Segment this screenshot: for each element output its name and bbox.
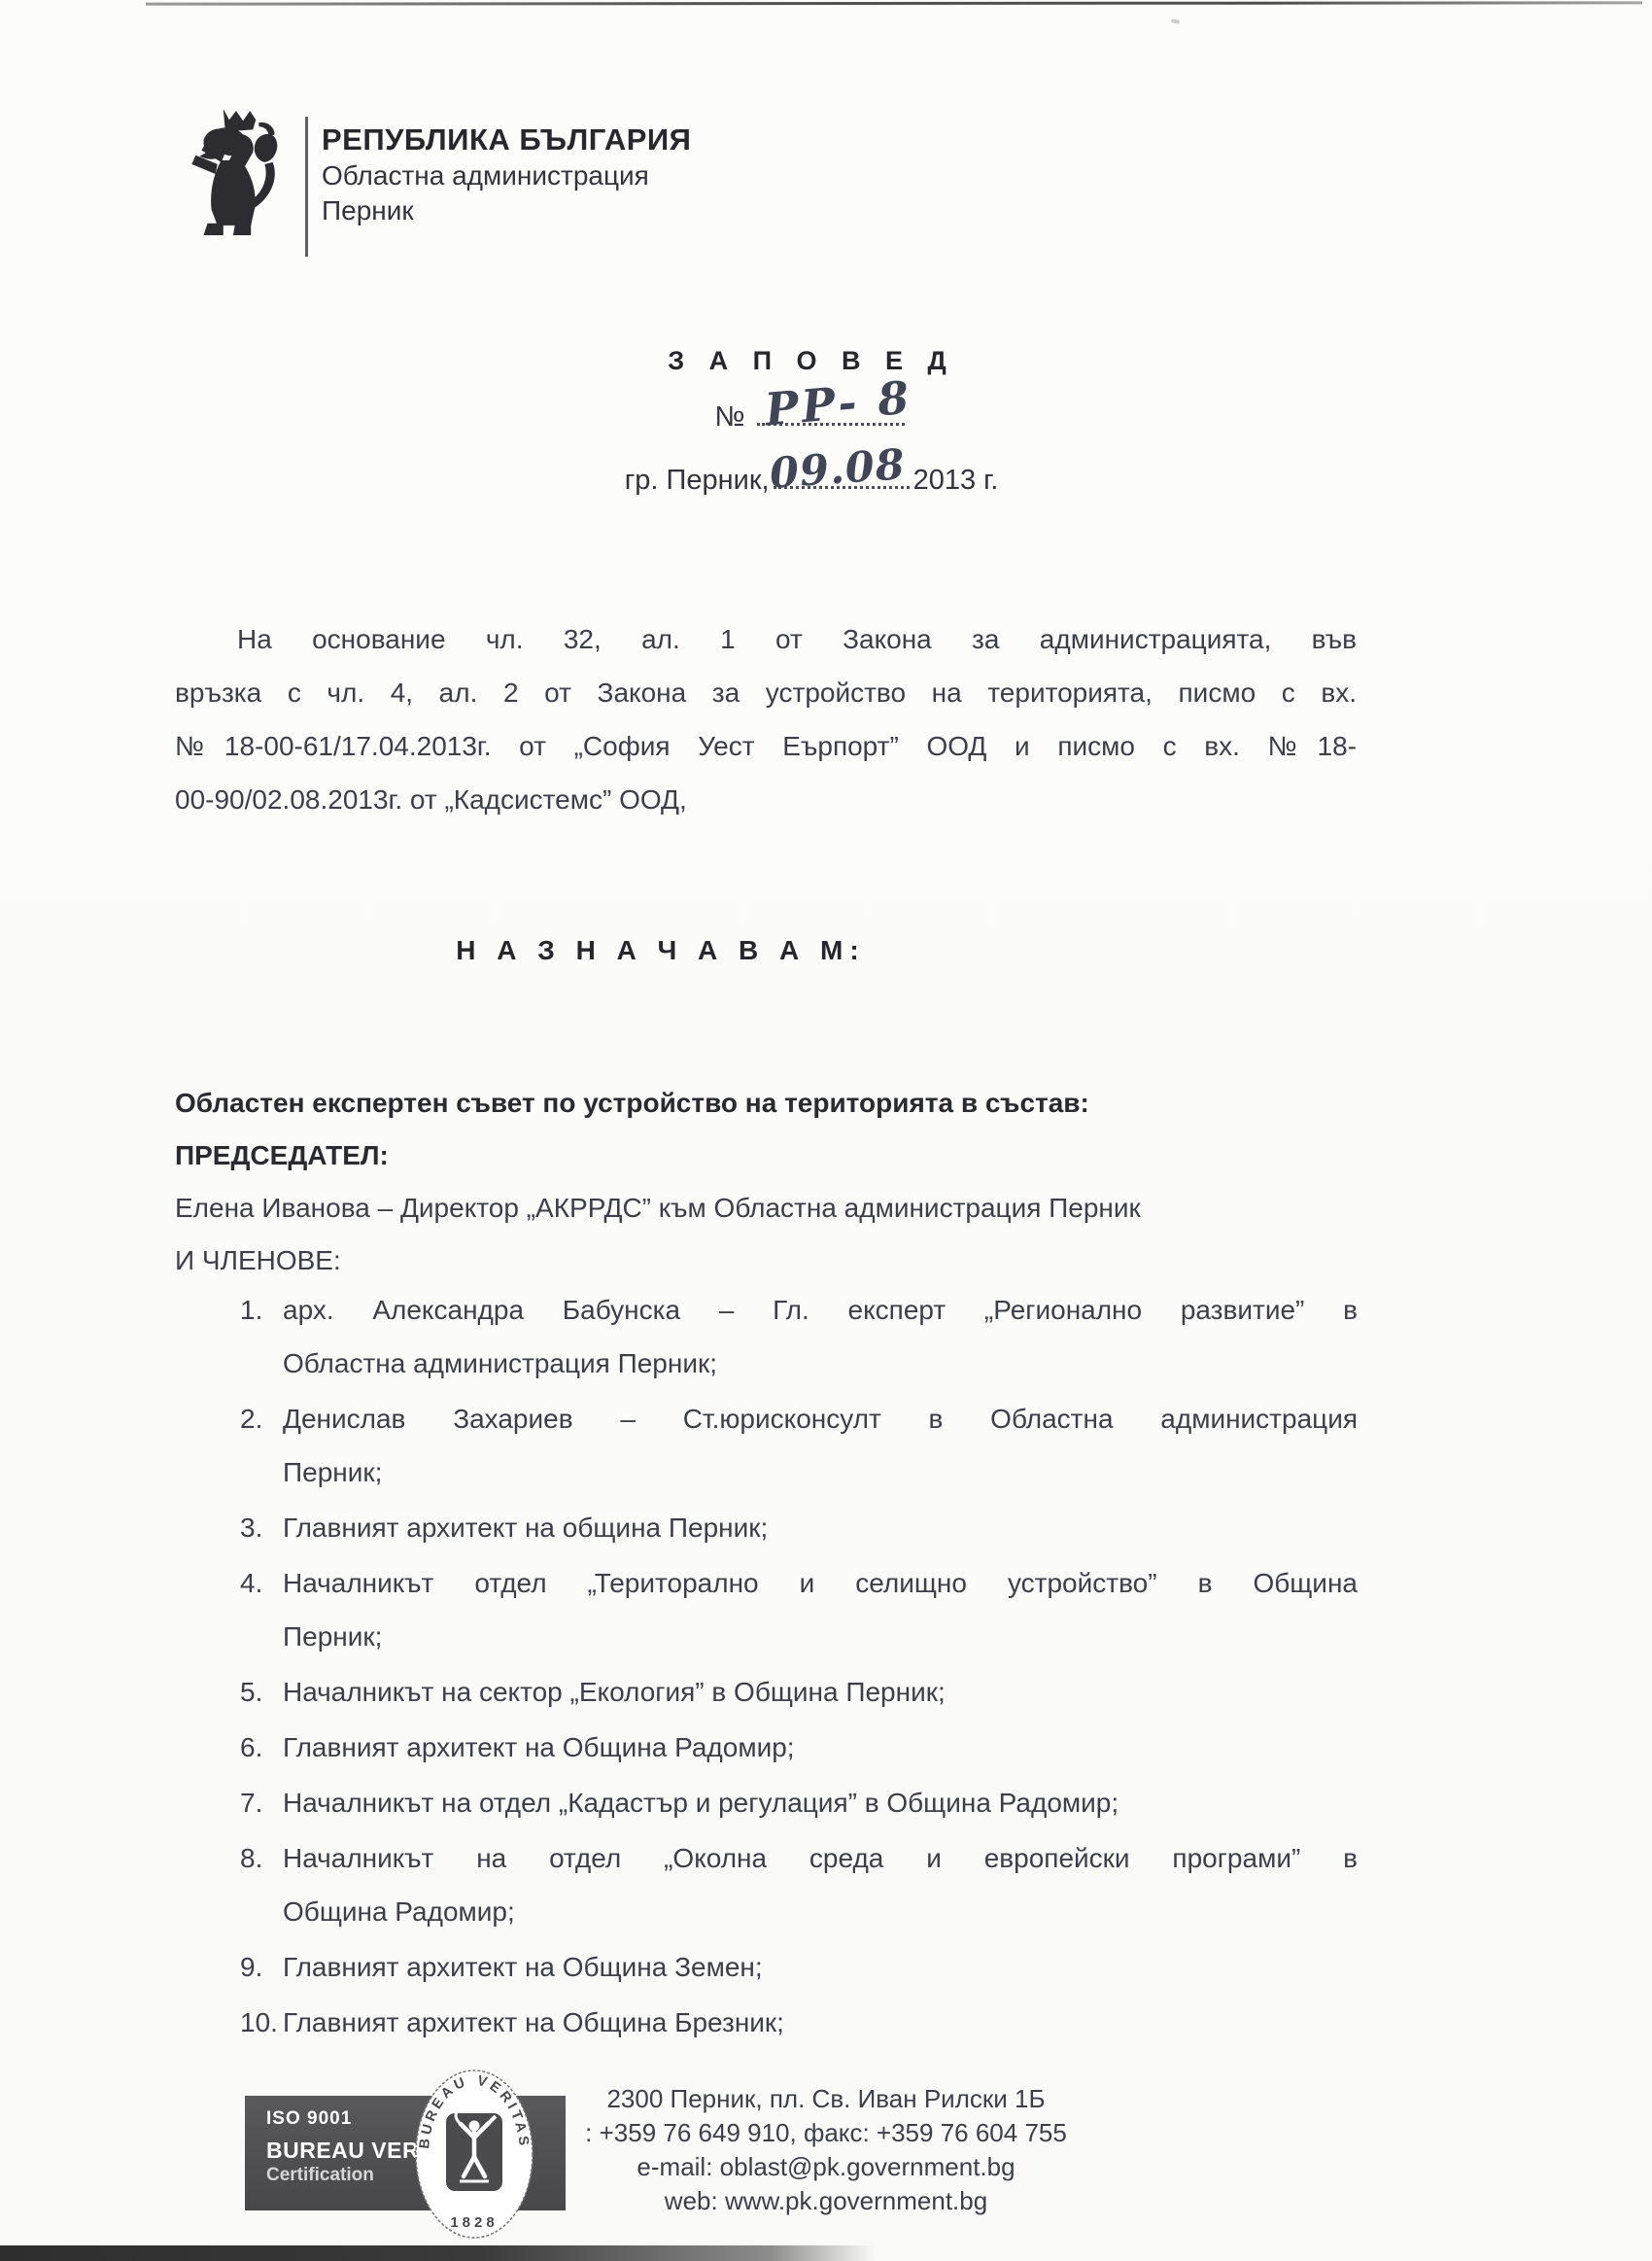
list-item-number: 2. (240, 1392, 283, 1445)
footer-email: e-mail: oblast@pk.government.bg (525, 2150, 1127, 2184)
chairman-name: Елена Иванова – Директор „АКРРДС” към Об… (175, 1182, 1357, 1235)
chairman-label: ПРЕДСЕДАТЕЛ: (175, 1130, 1357, 1182)
order-year: 2013 г. (913, 465, 999, 496)
order-title: З А П О В Е Д (549, 346, 1074, 376)
list-item: 8. Началникът на отдел „Околна среда и е… (240, 1831, 1358, 1938)
preamble-line: На основание чл. 32, ал. 1 от Закона за … (175, 612, 1357, 666)
list-item: 7. Началникът на отдел „Кадастър и регул… (240, 1776, 1358, 1829)
scanned-order-document: РЕПУБЛИКА БЪЛГАРИЯ Областна администраци… (0, 0, 1652, 2261)
coat-of-arms-lion-icon (178, 107, 296, 237)
seal-year-text: 1828 (450, 2214, 498, 2231)
text-line: Началникът отдел „Територално и селищно … (283, 1556, 1358, 1610)
bureau-veritas-seal-icon: BUREAU VERITAS 1828 (412, 2067, 536, 2242)
preamble-line: връзка с чл. 4, ал. 2 от Закона за устро… (175, 666, 1357, 719)
order-number-line: № РР- 8 (549, 392, 1074, 434)
list-item-number: 9. (240, 1940, 283, 1994)
text-line: арх. Александра Бабунска – Гл. експерт „… (283, 1283, 1358, 1337)
list-item: 5. Началникът на сектор „Екология” в Общ… (240, 1665, 1358, 1719)
footer-phones: : +359 76 649 910, факс: +359 76 604 755 (525, 2116, 1127, 2150)
preamble-paragraph: На основание чл. 32, ал. 1 от Закона за … (175, 612, 1357, 826)
list-item-text: Началникът отдел „Територално и селищно … (283, 1556, 1358, 1663)
list-item-text: Началникът на сектор „Екология” в Община… (283, 1665, 1358, 1719)
list-item: 3. Главният архитект на община Перник; (240, 1501, 1358, 1554)
header-divider (305, 117, 308, 257)
preamble-line: №18-00-61/17.04.2013г. от „София Уест Еъ… (175, 719, 1357, 773)
text-line: Областна администрация Перник; (283, 1337, 1358, 1390)
list-item-text: Денислав Захариев – Ст.юрисконсулт в Обл… (283, 1392, 1358, 1499)
order-number-label: № (714, 401, 744, 433)
list-item-text: Началникът на отдел „Кадастър и регулаци… (283, 1776, 1358, 1829)
text-line: Община Радомир; (283, 1885, 1358, 1938)
order-date-dotted-line: 09.08 (774, 455, 910, 489)
order-number-handwritten: РР- 8 (763, 374, 913, 432)
text-line: Перник; (283, 1445, 1358, 1499)
footer-contact-block: 2300 Перник, пл. Св. Иван Рилски 1Б : +3… (525, 2082, 1127, 2218)
letterhead: РЕПУБЛИКА БЪЛГАРИЯ Областна администраци… (322, 124, 691, 225)
list-item-number: 4. (240, 1556, 283, 1610)
scan-edge-top (146, 1, 1642, 5)
list-item-text: Началникът на отдел „Околна среда и евро… (283, 1831, 1358, 1938)
list-item: 10. Главният архитект на Община Брезник; (240, 1996, 1358, 2049)
text-line: Денислав Захариев – Ст.юрисконсулт в Обл… (283, 1392, 1358, 1445)
country-title: РЕПУБЛИКА БЪЛГАРИЯ (322, 124, 691, 155)
list-item-text: Главният архитект на Община Земен; (283, 1940, 1358, 1994)
text-line: Началникът на сектор „Екология” в Община… (283, 1665, 1358, 1719)
council-section: Областен експертен съвет по устройство н… (175, 1077, 1357, 1287)
order-date-handwritten: 09.08 (768, 444, 906, 496)
list-item-text: Главният архитект на Община Радомир; (283, 1721, 1358, 1774)
council-intro: Областен експертен съвет по устройство н… (175, 1077, 1357, 1130)
text-line: Главният архитект на Община Радомир; (283, 1721, 1358, 1774)
list-item: 1. арх. Александра Бабунска – Гл. експер… (240, 1283, 1358, 1390)
text-line: Главният архитект на Община Брезник; (283, 1996, 1358, 2049)
scan-edge-bottom (0, 2245, 875, 2261)
text-line: Главният архитект на Община Земен; (283, 1940, 1358, 1994)
list-item-number: 6. (240, 1721, 283, 1774)
preamble-line: 00-90/02.08.2013г. от „Кадсистемс” ООД, (175, 773, 1357, 826)
text-line: Главният архитект на община Перник; (283, 1501, 1358, 1554)
members-label: И ЧЛЕНОВЕ: (175, 1235, 1357, 1287)
list-item: 9. Главният архитект на Община Земен; (240, 1940, 1358, 1994)
footer-web: web: www.pk.government.bg (525, 2184, 1127, 2218)
text-line: Началникът на отдел „Околна среда и евро… (283, 1831, 1358, 1885)
members-list: 1. арх. Александра Бабунска – Гл. експер… (240, 1283, 1358, 2051)
text-line: Перник; (283, 1610, 1358, 1663)
list-item-number: 10. (240, 1996, 283, 2049)
org-name: Областна администрация (322, 162, 691, 190)
list-item: 4. Началникът отдел „Територално и селищ… (240, 1556, 1358, 1663)
list-item-text: арх. Александра Бабунска – Гл. експерт „… (283, 1283, 1358, 1390)
text-line: Началникът на отдел „Кадастър и регулаци… (283, 1776, 1358, 1829)
list-item: 6. Главният архитект на Община Радомир; (240, 1721, 1358, 1774)
order-number-dotted-line: РР- 8 (757, 392, 905, 426)
scan-speck (1171, 18, 1181, 24)
list-item: 2. Денислав Захариев – Ст.юрисконсулт в … (240, 1392, 1358, 1499)
list-item-text: Главният архитект на община Перник; (283, 1501, 1358, 1554)
order-place-label: гр. Перник, (625, 465, 770, 496)
footer-address: 2300 Перник, пл. Св. Иван Рилски 1Б (525, 2082, 1127, 2116)
org-city: Перник (322, 197, 691, 225)
list-item-number: 3. (240, 1501, 283, 1554)
appoint-heading: Н А З Н А Ч А В А М: (175, 935, 1147, 966)
order-heading-block: З А П О В Е Д № РР- 8 гр. Перник,09.0820… (549, 346, 1074, 497)
list-item-number: 1. (240, 1283, 283, 1337)
list-item-number: 5. (240, 1665, 283, 1719)
order-place-date-line: гр. Перник,09.082013 г. (549, 455, 1074, 497)
list-item-number: 7. (240, 1776, 283, 1829)
list-item-text: Главният архитект на Община Брезник; (283, 1996, 1358, 2049)
list-item-number: 8. (240, 1831, 283, 1885)
